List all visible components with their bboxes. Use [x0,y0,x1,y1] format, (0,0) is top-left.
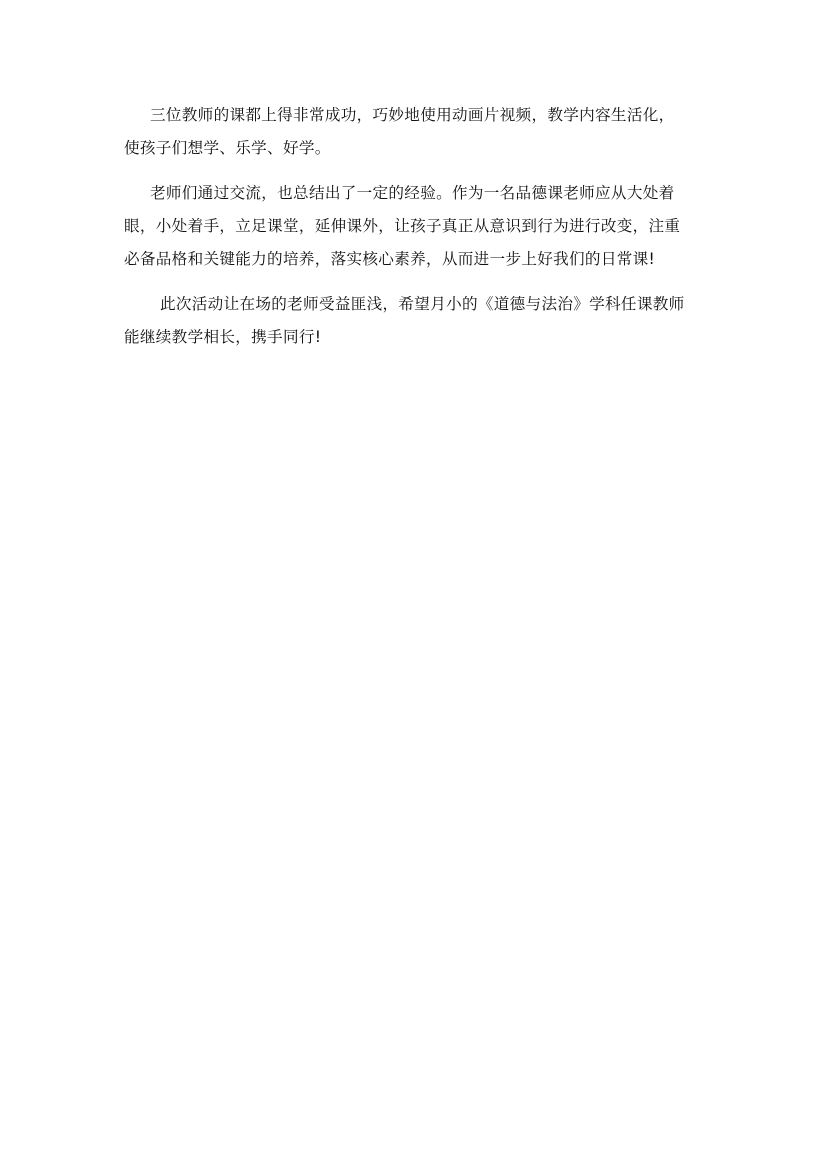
paragraph-2-line-2: 眼，小处着手，立足课堂，延伸课外，让孩子真正从意识到行为进行改变，注重 [124,210,704,243]
paragraph-1: 三位教师的课都上得非常成功，巧妙地使用动画片视频，教学内容生活化， 使孩子们想学… [124,99,704,165]
document-page: 三位教师的课都上得非常成功，巧妙地使用动画片视频，教学内容生活化， 使孩子们想学… [0,0,827,1170]
paragraph-1-line-1: 三位教师的课都上得非常成功，巧妙地使用动画片视频，教学内容生活化， [124,99,704,132]
paragraph-3: 此次活动让在场的老师受益匪浅，希望月小的《道德与法治》学科任课教师 能继续教学相… [124,288,704,354]
paragraph-2-line-3: 必备品格和关键能力的培养，落实核心素养，从而进一步上好我们的日常课! [124,243,704,276]
paragraph-3-line-1: 此次活动让在场的老师受益匪浅，希望月小的《道德与法治》学科任课教师 [124,288,704,321]
paragraph-2-line-1: 老师们通过交流，也总结出了一定的经验。作为一名品德课老师应从大处着 [124,177,704,210]
paragraph-2: 老师们通过交流，也总结出了一定的经验。作为一名品德课老师应从大处着 眼，小处着手… [124,177,704,276]
paragraph-3-line-2: 能继续教学相长，携手同行! [124,321,704,354]
paragraph-1-line-2: 使孩子们想学、乐学、好学。 [124,132,704,165]
